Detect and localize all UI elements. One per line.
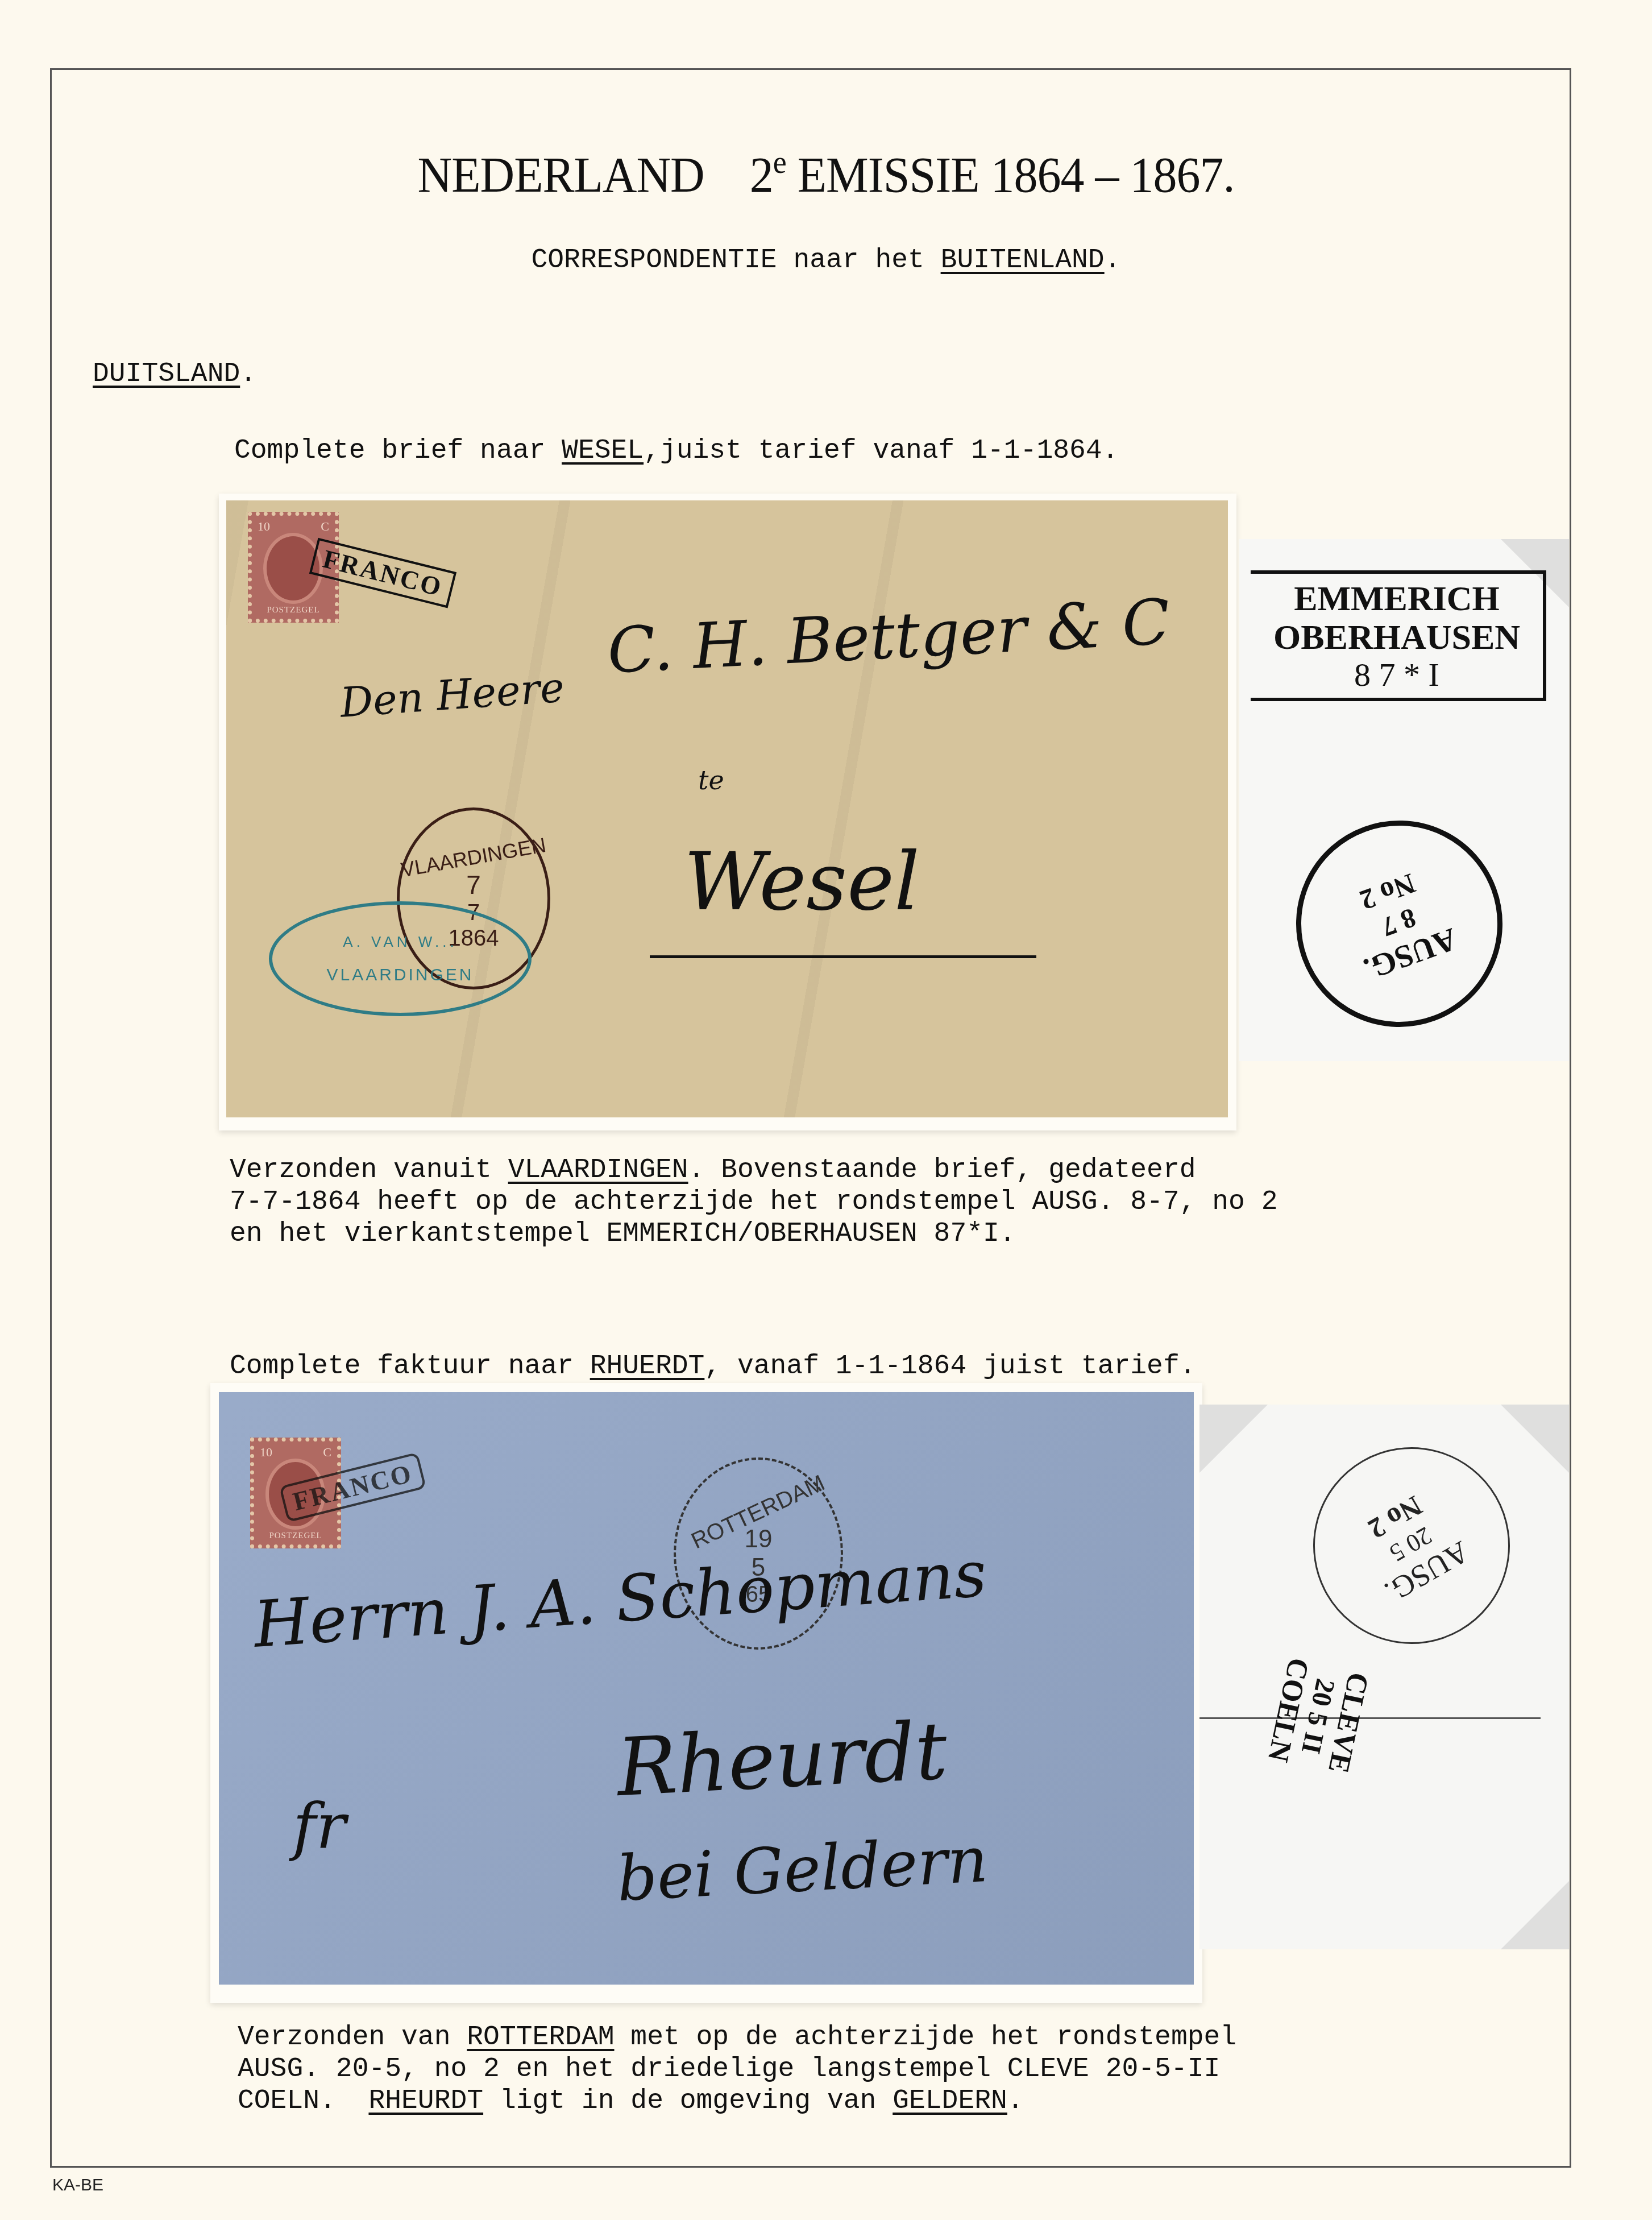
emmerich-oberhausen-boxstamp: EMMERICH OBERHAUSEN 8 7 * I — [1251, 570, 1546, 701]
address-region: bei Geldern — [615, 1823, 990, 1915]
cachet-bottom-text: VLAARDINGEN — [326, 966, 474, 985]
item2-description: Verzonden van ROTTERDAM met op de achter… — [238, 2022, 1236, 2117]
caption-text-end: , vanaf 1-1-1864 juist tarief. — [704, 1351, 1196, 1382]
item1-backside-cutout: EMMERICH OBERHAUSEN 8 7 * I AUSG. 8 7 No… — [1239, 539, 1569, 1061]
box-line1: EMMERICH — [1251, 579, 1543, 618]
address-name: Herrn J. A. Schopmans — [251, 1537, 989, 1662]
desc-text: Verzonden van — [238, 2022, 467, 2053]
item2-letter-cover: 10 C POSTZEGEL FRANCO ROTTERDAM 19 5 65 … — [219, 1392, 1194, 1985]
subtitle-text: CORRESPONDENTIE naar het — [532, 245, 941, 276]
item2-backside-cutout: AUSG. 20 5 No 2 CLEVE 20 5 II COELN — [1199, 1405, 1569, 1949]
desc-text: ligt in de omgeving van — [483, 2086, 893, 2117]
box-line2: OBERHAUSEN — [1251, 618, 1543, 657]
caption-destination: RHUERDT — [590, 1351, 705, 1382]
desc-origin: ROTTERDAM — [467, 2022, 614, 2053]
caption-text-end: ,juist tarief vanaf 1-1-1864. — [644, 436, 1118, 466]
subtitle-end: . — [1105, 245, 1121, 276]
desc-line3: en het vierkantstempel EMMERICH/OBERHAUS… — [230, 1218, 1278, 1250]
stamp-label: POSTZEGEL — [252, 606, 335, 615]
title-issue-superscript: e — [773, 144, 786, 180]
photo-corner — [1501, 1405, 1569, 1473]
desc-text: . Bovenstaande brief, gedateerd — [688, 1155, 1196, 1186]
caption-destination: WESEL — [562, 436, 644, 466]
title-country: NEDERLAND — [418, 148, 704, 204]
desc-text: Verzonden vanuit — [230, 1155, 508, 1186]
cleve-coeln-stamp: CLEVE 20 5 II COELN — [1214, 1625, 1379, 1798]
desc-line2: 7-7-1864 heeft op de achterzijde het ron… — [230, 1186, 1278, 1218]
ausg-round-postmark: AUSG. 8 7 No 2 — [1267, 792, 1531, 1056]
address-te: te — [698, 765, 724, 796]
photo-corner — [1501, 1881, 1569, 1949]
cachet-top-text: A. VAN W... — [343, 933, 457, 951]
ausg-round-postmark: AUSG. 20 5 No 2 — [1277, 1411, 1546, 1680]
item1-description: Verzonden vanuit VLAARDINGEN. Bovenstaan… — [230, 1154, 1278, 1250]
section-end: . — [240, 359, 256, 390]
page-subtitle: CORRESPONDENTIE naar het BUITENLAND. — [0, 245, 1652, 276]
title-issue-number: 2 — [750, 148, 773, 204]
section-heading: DUITSLAND. — [93, 358, 256, 390]
section-title: DUITSLAND — [93, 359, 240, 390]
caption-text: Complete faktuur naar — [230, 1351, 590, 1382]
stamp-value: 10 — [260, 1445, 272, 1460]
stamp-currency: C — [321, 519, 329, 534]
page-title: NEDERLAND2e EMISSIE 1864 – 1867. — [0, 143, 1652, 204]
desc-line2: AUSG. 20-5, no 2 en het driedelige langs… — [238, 2053, 1236, 2085]
footer-label: KA-BE — [52, 2176, 103, 2195]
address-underline — [650, 955, 1036, 958]
address-franco-mark: fr — [293, 1790, 346, 1863]
subtitle-underlined: BUITENLAND — [941, 245, 1105, 276]
oval-cachet: A. VAN W... VLAARDINGEN — [269, 901, 532, 1016]
stamp-label: POSTZEGEL — [254, 1531, 337, 1541]
item2-caption: Complete faktuur naar RHUERDT, vanaf 1-1… — [230, 1351, 1196, 1382]
postmark-day: 7 — [466, 869, 481, 900]
desc-text: met op de achterzijde het rondstempel — [615, 2022, 1237, 2053]
address-salutation: Den Heere — [339, 663, 566, 726]
desc-destination: RHEURDT — [368, 2086, 483, 2117]
address-city: Rheurdt — [615, 1705, 949, 1815]
caption-text: Complete brief naar — [234, 436, 562, 466]
stamp-value: 10 — [258, 519, 270, 534]
item1-letter-cover: 10 C POSTZEGEL FRANCO VLAARDINGEN 7 7 18… — [226, 500, 1228, 1117]
stamp-currency: C — [323, 1445, 331, 1460]
item1-caption: Complete brief naar WESEL,juist tarief v… — [234, 435, 1118, 467]
desc-text: COELN. — [238, 2086, 368, 2117]
photo-corner — [1199, 1405, 1268, 1473]
box-line3: 8 7 * I — [1251, 657, 1543, 693]
desc-origin: VLAARDINGEN — [508, 1155, 688, 1186]
address-name: C. H. Bettger & C — [605, 585, 1172, 687]
desc-region: GELDERN — [893, 2086, 1007, 2117]
address-city: Wesel — [684, 836, 920, 929]
title-issue-text: EMISSIE 1864 – 1867. — [798, 148, 1235, 204]
desc-text: . — [1007, 2086, 1024, 2117]
